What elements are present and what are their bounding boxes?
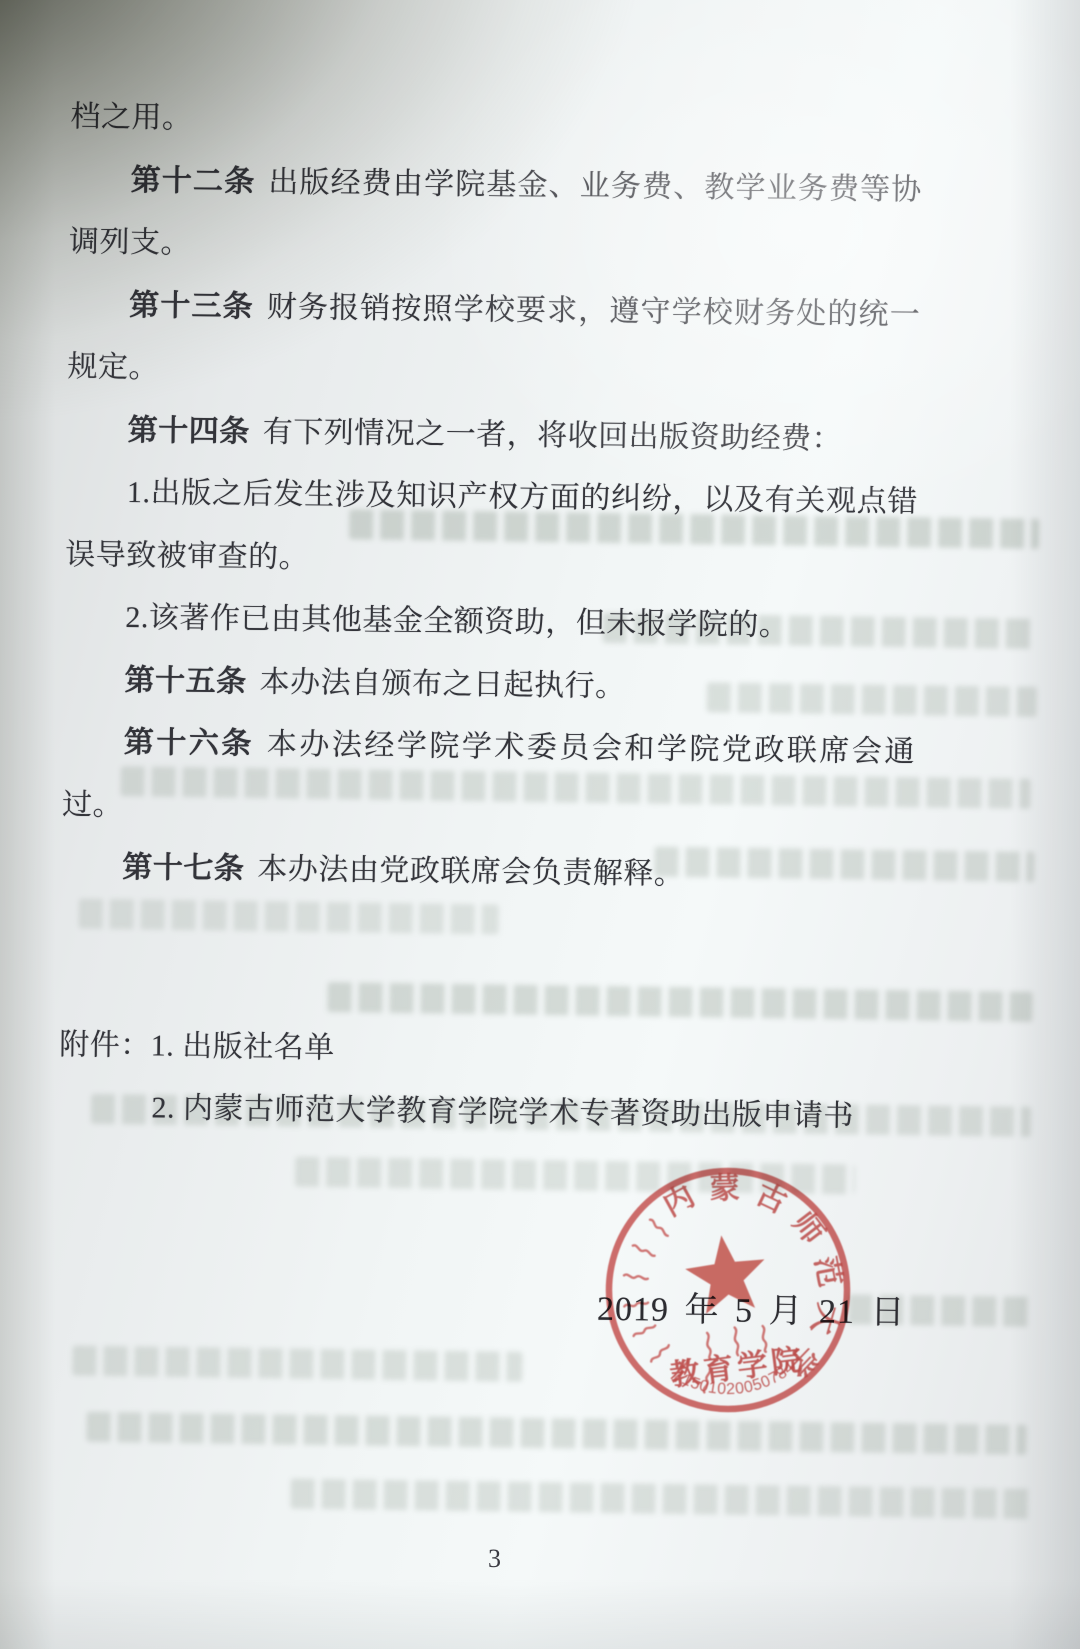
document-text: 档之用。第十二条出版经费由学院基金、业务费、教学业务费等协调列支。第十三条财务报… — [58, 86, 923, 1149]
article-paragraph: 第十四条有下列情况之一者，将收回出版资助经费： — [66, 399, 919, 472]
article-paragraph: 1.出版之后发生涉及知识产权方面的纠纷，以及有关观点错误导致被审查的。 — [65, 461, 918, 596]
article-text: 2.该著作已由其他基金全额资助，但未报学院的。 — [125, 601, 789, 642]
page-number: 3 — [488, 1544, 501, 1574]
article-number: 第十七条 — [122, 851, 244, 885]
article-text: 有下列情况之一者，将收回出版资助经费： — [263, 415, 843, 455]
articles-section: 档之用。第十二条出版经费由学院基金、业务费、教学业务费等协调列支。第十三条财务报… — [61, 86, 923, 909]
article-paragraph: 第十六条本办法经学院学术委员会和学院党政联席会通过。 — [62, 711, 915, 846]
document-content: 档之用。第十二条出版经费由学院基金、业务费、教学业务费等协调列支。第十三条财务报… — [0, 0, 1080, 1649]
article-number: 第十六条 — [124, 726, 254, 761]
article-paragraph: 第十五条本办法自颁布之日起执行。 — [63, 649, 916, 722]
article-number: 第十五条 — [124, 663, 246, 697]
article-paragraph: 第十二条出版经费由学院基金、业务费、教学业务费等协调列支。 — [69, 149, 922, 284]
official-stamp: 内蒙古师范大学 教 — [568, 1130, 888, 1450]
attachment-item-1: 1. 出版社名单 — [150, 1029, 334, 1064]
article-paragraph: 档之用。 — [70, 86, 923, 159]
article-text: 本办法自颁布之日起执行。 — [259, 665, 625, 702]
attachment-line-1: 附件：1. 出版社名单 — [59, 1014, 912, 1087]
article-paragraph: 第十三条财务报销按照学校要求，遵守学校财务处的统一规定。 — [67, 274, 920, 409]
article-number: 第十三条 — [129, 289, 254, 324]
attachments-label: 附件： — [59, 1028, 151, 1062]
article-number: 第十四条 — [128, 413, 250, 447]
article-paragraph: 2.该著作已由其他基金全额资助，但未报学院的。 — [64, 586, 917, 659]
article-number: 第十二条 — [131, 164, 256, 199]
article-text: 1.出版之后发生涉及知识产权方面的纠纷，以及有关观点错误导致被审查的。 — [65, 476, 918, 574]
article-paragraph: 第十七条本办法由党政联席会负责解释。 — [61, 836, 914, 909]
article-text: 档之用。 — [70, 100, 192, 134]
star-icon — [682, 1231, 770, 1316]
attachments-section: 附件：1. 出版社名单 2. 内蒙古师范大学教育学院学术专著资助出版申请书 — [58, 1014, 911, 1149]
scanned-document-page: 档之用。第十二条出版经费由学院基金、业务费、教学业务费等协调列支。第十三条财务报… — [0, 0, 1080, 1649]
article-text: 本办法由党政联席会负责解释。 — [257, 853, 684, 891]
